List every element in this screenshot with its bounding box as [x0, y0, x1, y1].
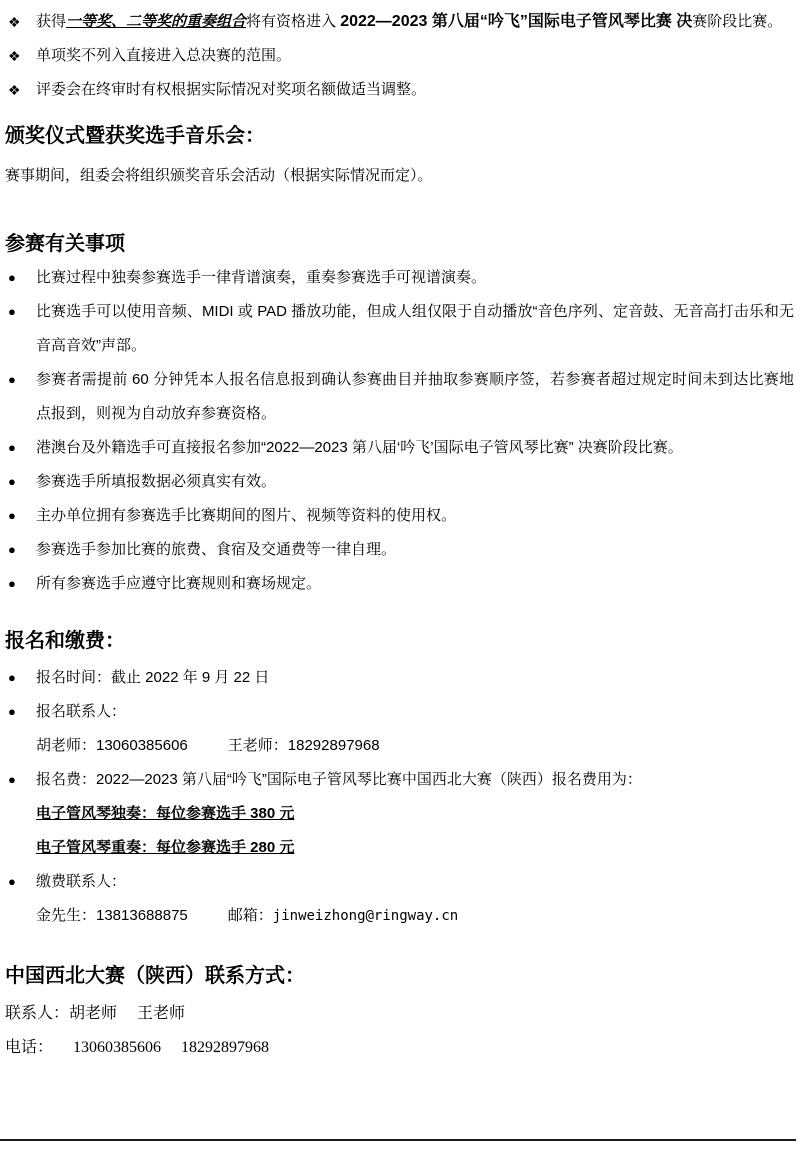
rule-text: 港澳台及外籍选手可直接报名参加“2022—2023 第八届‘吟飞’国际电子管风琴… [36, 439, 683, 456]
phone-number-2: 18292897968 [181, 1039, 269, 1056]
registration-fee-intro: 报名费：2022—2023 第八届“吟飞”国际电子管风琴比赛中国西北大赛（陕西）… [36, 771, 642, 788]
payment-contact-jin: 金先生：13813688875 [36, 907, 188, 924]
diamond-bullet-icon: ❖ [8, 73, 21, 107]
email-address: jinweizhong@ringway.cn [273, 908, 458, 924]
dot-bullet-icon: ● [8, 865, 16, 899]
dot-bullet-icon: ● [8, 499, 16, 533]
document-page: ❖ 获得一等奖、二等奖的重奏组合将有资格进入 2022—2023 第八届“吟飞”… [0, 0, 800, 1151]
list-item: ● 比赛过程中独奏参赛选手一律背谱演奏，重奏参赛选手可视谱演奏。 [0, 261, 800, 295]
rule-text: 参赛选手所填报数据必须真实有效。 [36, 473, 276, 490]
list-item: ● 所有参赛选手应遵守比赛规则和赛场规定。 [0, 567, 800, 601]
contact-teacher-wang: 王老师：18292897968 [228, 737, 380, 754]
diamond-bullet-icon: ❖ [8, 5, 21, 39]
registration-list: ● 报名时间：截止 2022 年 9 月 22 日 ● 报名联系人： 胡老师：1… [0, 661, 800, 933]
dot-bullet-icon: ● [8, 695, 16, 729]
phone-number-1: 13060385606 [73, 1039, 161, 1056]
dot-bullet-icon: ● [8, 533, 16, 567]
section-heading-ceremony: 颁奖仪式暨获奖选手音乐会： [0, 122, 800, 150]
list-item: ● 比赛选手可以使用音频、MIDI 或 PAD 播放功能，但成人组仅限于自动播放… [0, 295, 800, 363]
dot-bullet-icon: ● [8, 763, 16, 797]
rule-text: 所有参赛选手应遵守比赛规则和赛场规定。 [36, 575, 321, 592]
section-heading-participation: 参赛有关事项 [0, 230, 800, 258]
regional-contact-phones: 电话：1306038560618292897968 [5, 1031, 800, 1065]
dot-bullet-icon: ● [8, 465, 16, 499]
fee-solo-text: 电子管风琴独奏：每位参赛选手 380 元 [36, 805, 294, 822]
list-item: ● 参赛选手参加比赛的旅费、食宿及交通费等一律自理。 [0, 533, 800, 567]
fee-line-solo: 电子管风琴独奏：每位参赛选手 380 元 [0, 797, 800, 831]
rule-text: 参赛者需提前 60 分钟凭本人报名信息报到确认参赛曲目并抽取参赛顺序签，若参赛者… [36, 371, 794, 422]
rule-text: 主办单位拥有参赛选手比赛期间的图片、视频等资料的使用权。 [36, 507, 456, 524]
note-text-run-emphasis: 一等奖、二等奖的重奏组合 [66, 13, 246, 30]
note-text-run: 将有资格进入 [246, 13, 340, 30]
section-heading-regional-contact: 中国西北大赛（陕西）联系方式： [0, 962, 800, 990]
ceremony-body-text: 赛事期间，组委会将组织颁奖音乐会活动（根据实际情况而定）。 [0, 159, 800, 193]
section-heading-registration: 报名和缴费： [0, 627, 800, 655]
regional-contact-block: 联系人：胡老师王老师 电话：1306038560618292897968 [0, 997, 800, 1065]
participation-list: ● 比赛过程中独奏参赛选手一律背谱演奏，重奏参赛选手可视谱演奏。 ● 比赛选手可… [0, 261, 800, 601]
person-hu: 胡老师 [69, 1005, 117, 1022]
dot-bullet-icon: ● [8, 363, 16, 397]
registration-contact-line: 胡老师：13060385606王老师：18292897968 [0, 729, 800, 763]
footer-divider [0, 1139, 796, 1141]
dot-bullet-icon: ● [8, 567, 16, 601]
rule-text: 参赛选手参加比赛的旅费、食宿及交通费等一律自理。 [36, 541, 396, 558]
email-label: 邮箱： [228, 907, 273, 924]
note-text-run: 获得 [36, 13, 66, 30]
dot-bullet-icon: ● [8, 661, 16, 695]
rule-text: 比赛选手可以使用音频、MIDI 或 PAD 播放功能，但成人组仅限于自动播放“音… [36, 303, 794, 354]
list-item: ● 报名时间：截止 2022 年 9 月 22 日 [0, 661, 800, 695]
dot-bullet-icon: ● [8, 261, 16, 295]
dot-bullet-icon: ● [8, 295, 16, 329]
list-item: ● 港澳台及外籍选手可直接报名参加“2022—2023 第八届‘吟飞’国际电子管… [0, 431, 800, 465]
note-text-run-bold: 2022—2023 第八届“吟飞”国际电子管风琴比赛 决 [340, 13, 692, 30]
payment-contact-label: 缴费联系人： [36, 873, 126, 890]
regional-contact-persons: 联系人：胡老师王老师 [5, 997, 800, 1031]
list-item: ❖ 评委会在终审时有权根据实际情况对奖项名额做适当调整。 [0, 73, 800, 107]
rule-text: 比赛过程中独奏参赛选手一律背谱演奏，重奏参赛选手可视谱演奏。 [36, 269, 486, 286]
list-item: ● 缴费联系人： [0, 865, 800, 899]
note-text: 评委会在终审时有权根据实际情况对奖项名额做适当调整。 [36, 81, 426, 98]
list-item: ● 报名费：2022—2023 第八届“吟飞”国际电子管风琴比赛中国西北大赛（陕… [0, 763, 800, 797]
fee-ensemble-text: 电子管风琴重奏：每位参赛选手 280 元 [36, 839, 294, 856]
phone-label: 电话： [5, 1039, 53, 1056]
fee-line-ensemble: 电子管风琴重奏：每位参赛选手 280 元 [0, 831, 800, 865]
diamond-bullet-icon: ❖ [8, 39, 21, 73]
list-item: ❖ 单项奖不列入直接进入总决赛的范围。 [0, 39, 800, 73]
list-item: ● 主办单位拥有参赛选手比赛期间的图片、视频等资料的使用权。 [0, 499, 800, 533]
note-text: 单项奖不列入直接进入总决赛的范围。 [36, 47, 291, 64]
list-item: ● 报名联系人： [0, 695, 800, 729]
contact-teacher-hu: 胡老师：13060385606 [36, 737, 188, 754]
award-notes-list: ❖ 获得一等奖、二等奖的重奏组合将有资格进入 2022—2023 第八届“吟飞”… [0, 5, 800, 107]
registration-deadline: 报名时间：截止 2022 年 9 月 22 日 [36, 669, 269, 686]
note-text-run: 赛阶段比赛。 [692, 13, 782, 30]
registration-contact-label: 报名联系人： [36, 703, 126, 720]
payment-contact-line: 金先生：13813688875邮箱：jinweizhong@ringway.cn [0, 899, 800, 933]
dot-bullet-icon: ● [8, 431, 16, 465]
person-label: 联系人： [5, 1005, 69, 1022]
list-item: ● 参赛者需提前 60 分钟凭本人报名信息报到确认参赛曲目并抽取参赛顺序签，若参… [0, 363, 800, 431]
list-item: ❖ 获得一等奖、二等奖的重奏组合将有资格进入 2022—2023 第八届“吟飞”… [0, 5, 800, 39]
list-item: ● 参赛选手所填报数据必须真实有效。 [0, 465, 800, 499]
person-wang: 王老师 [137, 1005, 185, 1022]
